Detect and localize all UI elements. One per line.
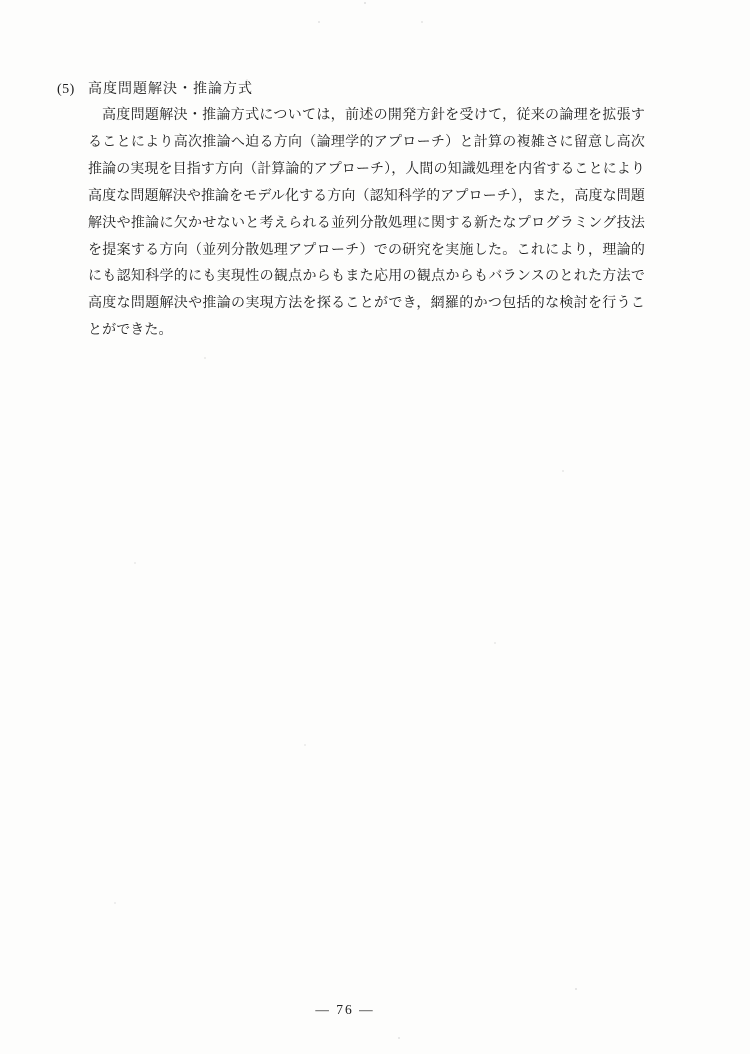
section-title: 高度問題解決・推論方式 (88, 76, 253, 103)
scan-noise-speckles (364, 2, 366, 4)
scanned-document-page: (5) 高度問題解決・推論方式 高度問題解決・推論方式については，前述の開発方針… (0, 0, 750, 1054)
page-number: — 76 — (0, 1001, 690, 1019)
section-number: (5) (57, 76, 88, 103)
section-body-paragraph: 高度問題解決・推論方式については，前述の開発方針を受けて，従来の論理を拡張するこ… (88, 103, 645, 345)
section-heading: (5) 高度問題解決・推論方式 (57, 76, 647, 103)
